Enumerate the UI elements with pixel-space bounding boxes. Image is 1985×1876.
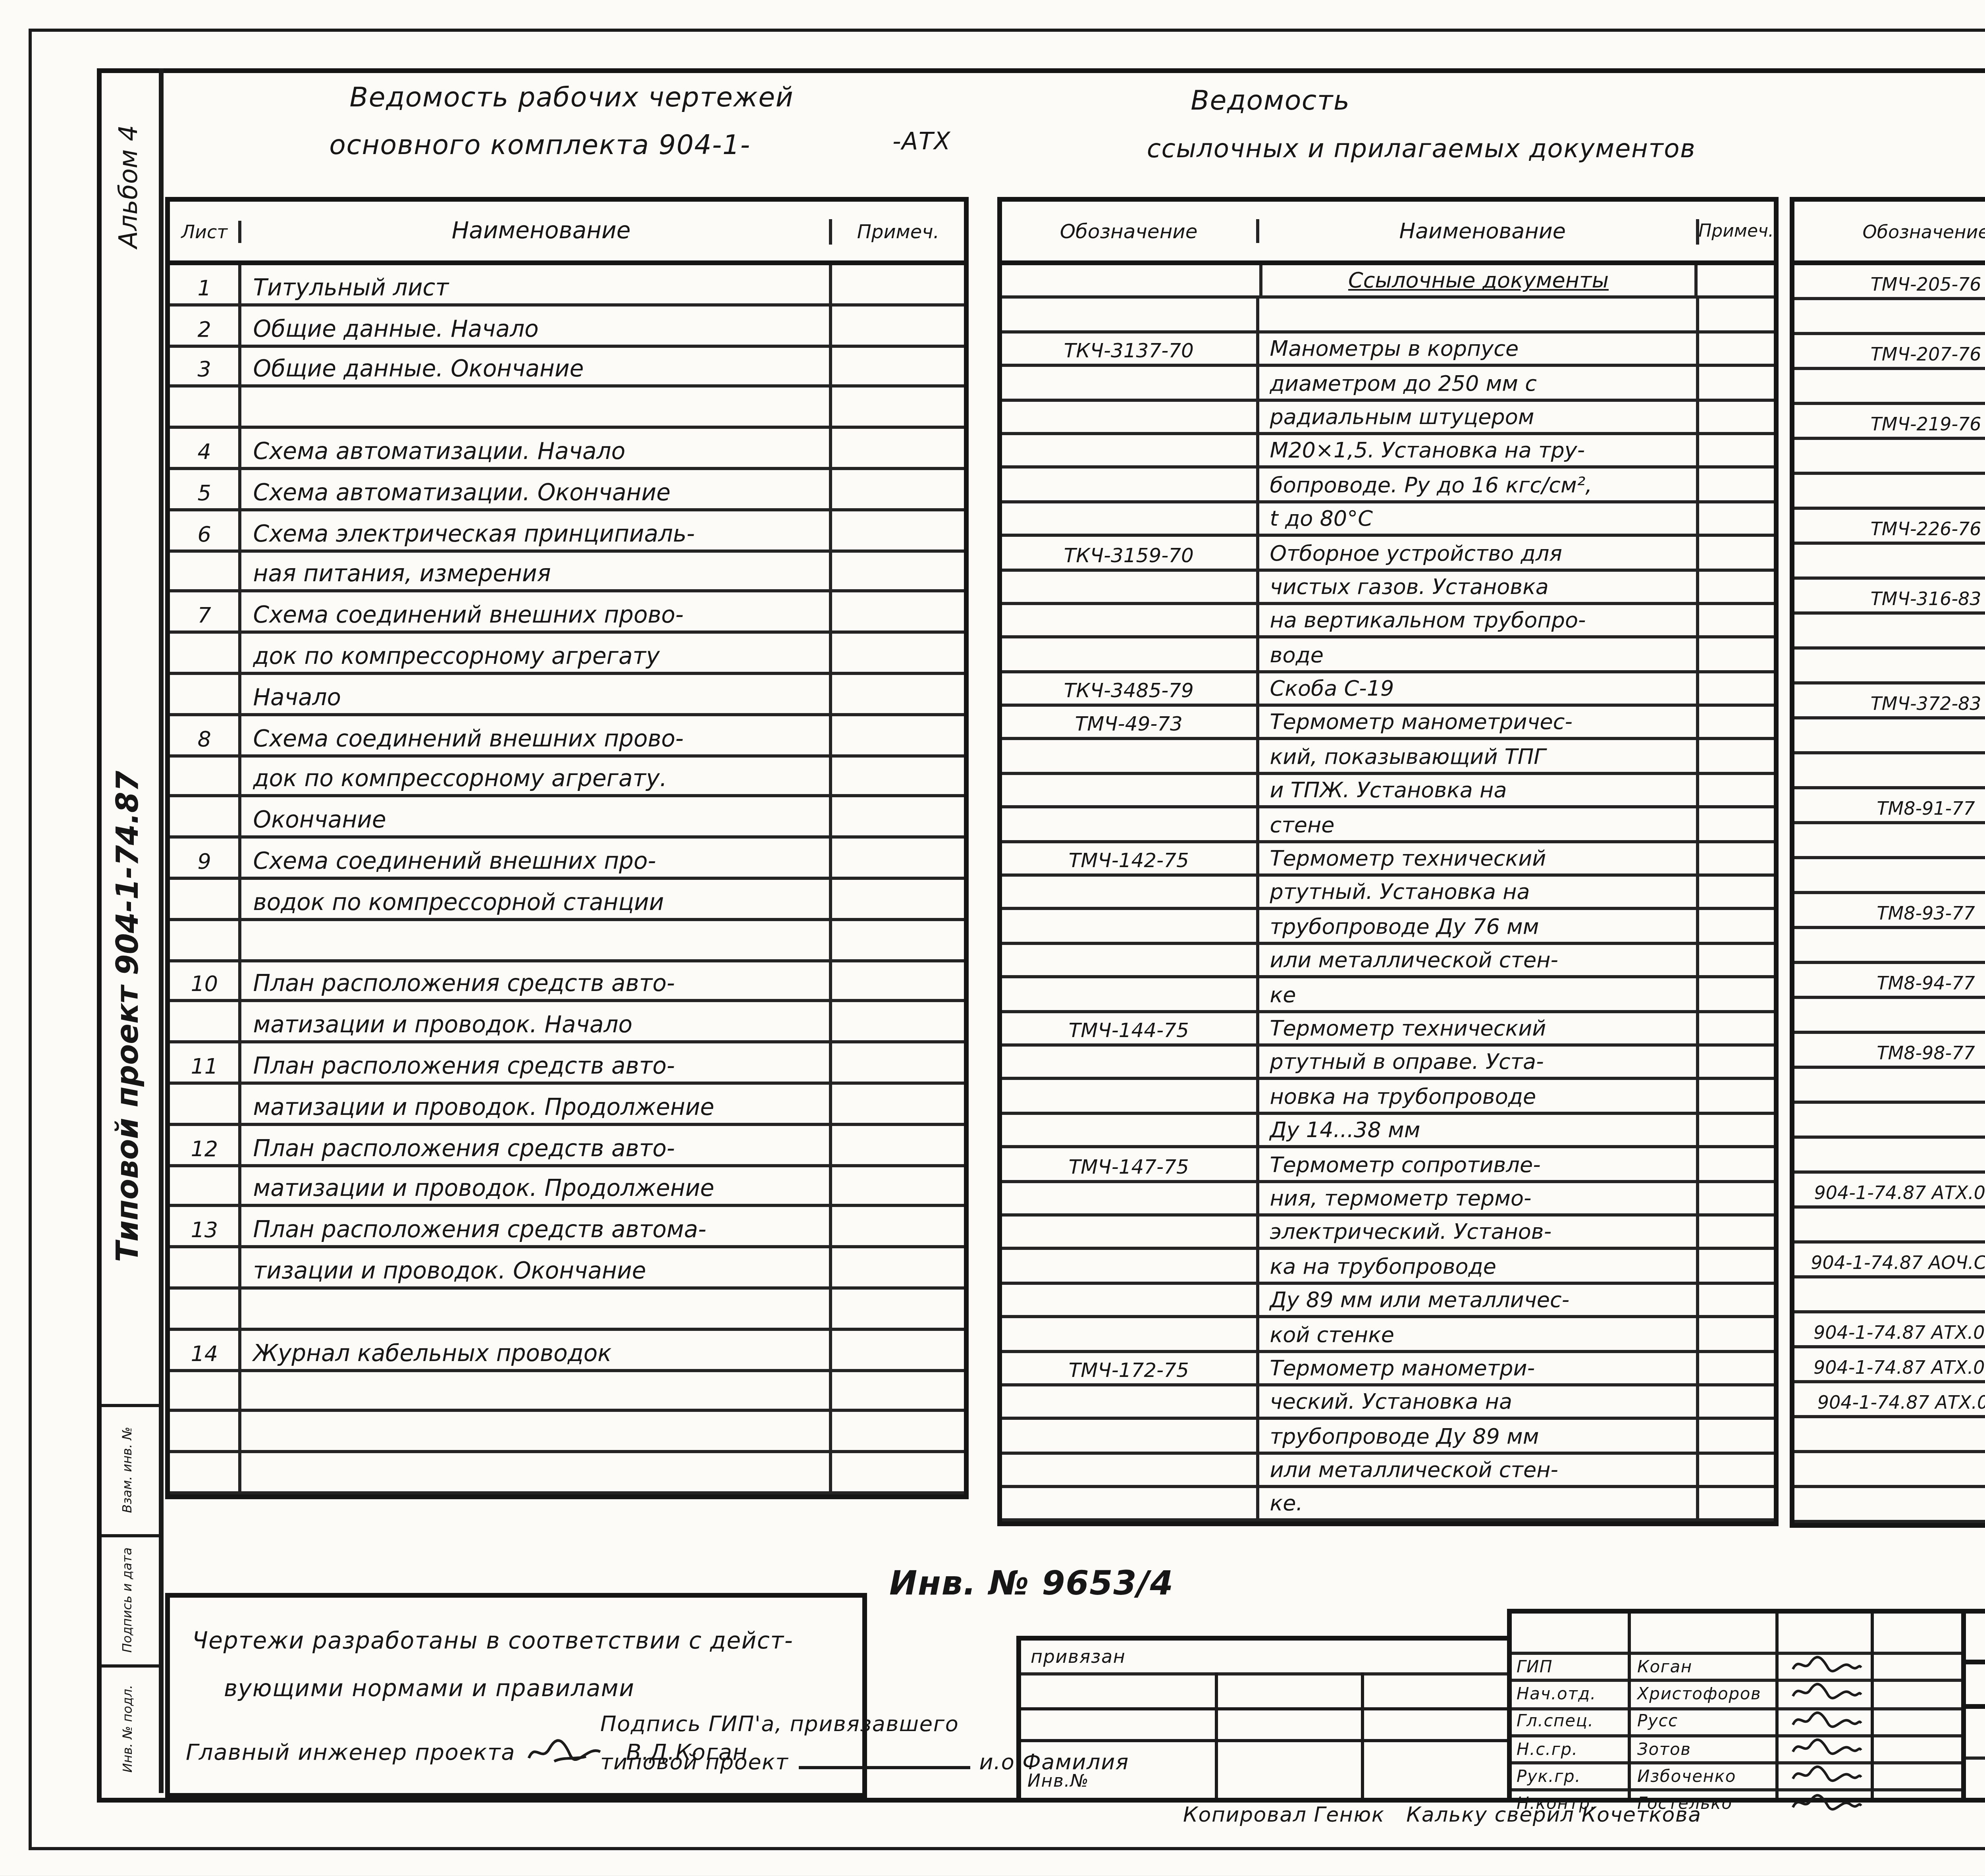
table-cell: 6 <box>170 511 242 549</box>
table-cell <box>170 388 242 426</box>
table-cell: ная питания, измерения <box>242 552 833 590</box>
sheet-name-cell: Общие данные Начало <box>1966 1756 1985 1798</box>
table-cell: кой стенке <box>1259 1318 1699 1349</box>
table-row: 10План расположения средств авто- <box>170 962 964 1003</box>
table-cell: Схема автоматизации. Начало <box>242 429 833 467</box>
table-cell <box>1002 503 1259 534</box>
table-cell <box>833 675 964 713</box>
table-cell <box>1002 1420 1259 1451</box>
table-cell <box>1699 775 1774 806</box>
table-cell <box>1002 979 1259 1010</box>
table-row: ТМЧ-205-76Лоток ЛП. Установка <box>1794 265 1985 300</box>
table-row: 9Схема соединений внешних про- <box>170 839 964 880</box>
table-cell: ртутный. Установка на <box>1259 877 1699 908</box>
column-header: Примеч. <box>833 220 964 242</box>
table-row: ТМЧ-207-76Лоток ЛП. Установка на <box>1794 335 1985 370</box>
table-row: ТМЧ-219-76Крепление труб, прово- <box>1794 405 1985 440</box>
table-cell <box>1794 615 1985 646</box>
project-label: Типовой проект 904-1-74.87 <box>97 603 159 1429</box>
table-cell <box>833 716 964 754</box>
binding-stamp-inv-label: Инв.№ <box>1027 1771 1089 1791</box>
signature-icon <box>1790 1763 1863 1785</box>
signature-icon <box>1790 1736 1863 1758</box>
table-row: дов, кабелей. Установка <box>1794 440 1985 475</box>
table-row: или металлической стен- <box>1002 1454 1774 1488</box>
table-cell: матизации и проводок. Продолжение <box>242 1166 833 1204</box>
table-row: ртутный. Установка на <box>1002 877 1774 911</box>
personnel-cell: Коган <box>1632 1658 1785 1677</box>
table-cell <box>833 1126 964 1163</box>
working-list-title-1: Ведомость рабочих чертежей <box>270 83 873 114</box>
table-cell: 10 <box>170 962 242 999</box>
table-row: 7Схема соединений внешних прово- <box>170 593 964 634</box>
table-cell <box>1002 1454 1259 1485</box>
table-cell: 4 <box>170 429 242 467</box>
table-cell: Ду 89 мм или металличес- <box>1259 1284 1699 1315</box>
signature-icon <box>1790 1791 1863 1813</box>
binding-stamp-header: привязан <box>1021 1641 1507 1675</box>
table-cell: кий, показывающий ТПГ <box>1259 741 1699 772</box>
table-cell <box>833 347 964 385</box>
inventory-number: Инв. № 9653/4 <box>889 1564 1174 1602</box>
table-row: электрический. Установ- <box>1002 1217 1774 1251</box>
table-cell: ТМЧ-144-75 <box>1002 1012 1259 1043</box>
personnel-row: ГИПКоган <box>1512 1652 1961 1679</box>
table-row: патрубком в стене <box>1794 1069 1985 1104</box>
personnel-cell: Гл.спец. <box>1512 1712 1632 1731</box>
table-cell <box>242 1290 833 1327</box>
table-cell <box>1794 440 1985 472</box>
table-cell: Манометры в корпусе <box>1259 333 1699 364</box>
table-cell <box>833 470 964 508</box>
table-cell: ТМЧ-205-76 <box>1794 265 1985 297</box>
column-header: Лист <box>170 220 242 242</box>
table-cell: ТМЧ-219-76 <box>1794 405 1985 437</box>
table-cell <box>242 1371 833 1409</box>
table-row: трубопроводе Ду 89 мм <box>1002 1420 1774 1454</box>
table-cell: диаметром до 250 мм с <box>1259 367 1699 398</box>
table-cell <box>1699 469 1774 500</box>
table-cell <box>1794 370 1985 402</box>
personnel-cell <box>1785 1708 1885 1735</box>
table-cell: 11 <box>170 1044 242 1082</box>
table-cell <box>1002 571 1259 602</box>
table-row: перекрытии <box>1794 370 1985 405</box>
table-cell: 8 <box>170 716 242 754</box>
personnel-row: Рук.гр.Избоченко <box>1512 1762 1961 1789</box>
table-cell <box>833 1166 964 1204</box>
table-cell: матизации и проводок. Начало <box>242 1003 833 1040</box>
table-row: ТМЧ-147-75Термометр сопротивле- <box>1002 1149 1774 1183</box>
personnel-cell: Избоченко <box>1632 1767 1785 1786</box>
table-row: ТМ8-98-77Проход уплотненный с <box>1794 1034 1985 1069</box>
table-cell <box>1794 1209 1985 1240</box>
table-cell: Термометр технический <box>1259 843 1699 874</box>
table-row: 8Схема соединений внешних прово- <box>170 716 964 757</box>
working-list-title-2: основного комплекта 904-1- <box>238 130 842 162</box>
table-cell: ке <box>1259 979 1699 1010</box>
table-cell <box>833 921 964 958</box>
table-row: ный ТНЖ-Н. Установка <box>1794 615 1985 650</box>
table-cell <box>1699 809 1774 840</box>
table-cell <box>1699 979 1774 1010</box>
table-cell <box>833 265 964 303</box>
table-cell: ТКЧ-3159-70 <box>1002 537 1259 568</box>
table-row: ТМЧ-316-83Тягонапоромер жидкост- <box>1794 580 1985 615</box>
margin-cell-vzam: Взам. инв. № <box>97 1407 159 1531</box>
table-row: ТКЧ-3159-70Отборное устройство для <box>1002 537 1774 571</box>
table-row: 12План расположения средств авто- <box>170 1126 964 1166</box>
table-row <box>170 921 964 962</box>
object-name: Компрессорная станция 5К-12А <box>1966 1664 1985 1709</box>
table-cell <box>1698 265 1774 296</box>
notes-line-2: вующими нормами и правилами <box>224 1677 635 1702</box>
table-row: мещении оператора <box>1794 1209 1985 1244</box>
table-row: лю щитов <box>1794 1278 1985 1313</box>
column-header: Наименование <box>1258 218 1698 244</box>
table-cell <box>1699 401 1774 432</box>
table-cell: ТМЧ-316-83 <box>1794 580 1985 611</box>
table-row: ТМЧ-144-75Термометр технический <box>1002 1012 1774 1047</box>
table-cell: 2 <box>170 306 242 344</box>
table-cell: Общие данные. Окончание <box>242 347 833 385</box>
table-row: и ТПЖ. Установка на <box>1002 775 1774 809</box>
table-cell: Схема автоматизации. Окончание <box>242 470 833 508</box>
table-cell: новка на трубопроводе <box>1259 1081 1699 1112</box>
table-row: ТКЧ-3137-70Манометры в корпусе <box>1002 333 1774 367</box>
table-cell: ке. <box>1259 1488 1699 1519</box>
table-row: ния, термометр термо- <box>1002 1182 1774 1217</box>
signature-icon <box>1790 1708 1863 1731</box>
table-row: 904-1-74.87 АТХ.01.000Установка щитов в … <box>1794 1174 1985 1209</box>
table-row: новка на трубопроводе <box>1002 1081 1774 1115</box>
table-row: ТМЧ-372-83Дифманометр сильфон- <box>1794 684 1985 719</box>
table-row: док по компрессорному агрегату <box>170 634 964 675</box>
table-row: стене <box>1002 809 1774 843</box>
table-cell <box>1794 824 1985 856</box>
table-row: Ду 14...38 мм <box>1002 1114 1774 1149</box>
table-cell <box>833 306 964 344</box>
table-row: щиной более 150 мм <box>1794 859 1985 894</box>
table-cell: План расположения средств авто- <box>242 1126 833 1163</box>
table-cell: Схема соединений внешних прово- <box>242 716 833 754</box>
table-cell <box>1002 1081 1259 1112</box>
table-cell <box>170 880 242 918</box>
table-cell: Ссылочные документы <box>1262 265 1698 296</box>
title-block: ГИПКоган Нач.отд.Христофоров Гл.спец.Рус… <box>1507 1609 1985 1803</box>
table-cell: электрический. Установ- <box>1259 1217 1699 1247</box>
table-cell <box>1794 754 1985 786</box>
personnel-cell <box>1785 1791 1885 1818</box>
table-cell: или металлической стен- <box>1259 945 1699 976</box>
table-cell <box>1699 537 1774 568</box>
table-cell: Скоба С-19 <box>1259 673 1699 704</box>
table-cell: Схема соединений внешних про- <box>242 839 833 877</box>
table-cell <box>170 1412 242 1450</box>
table-cell <box>1699 1081 1774 1112</box>
table-row: ный ДСП, ДСС. Установ- <box>1794 719 1985 754</box>
table-cell <box>1699 945 1774 976</box>
table-cell <box>1699 1149 1774 1180</box>
doc-code-row: ТП 904-1-74.87 -АТХ <box>1966 1614 1985 1664</box>
table-cell: Термометр манометри- <box>1259 1352 1699 1383</box>
table-cell: 14 <box>170 1330 242 1368</box>
table-cell: Схема электрическая принципиаль- <box>242 511 833 549</box>
table-cell <box>170 1166 242 1204</box>
table-cell <box>1699 299 1774 330</box>
table-cell <box>1699 639 1774 670</box>
table-cell <box>1699 1386 1774 1417</box>
table-row <box>1794 1453 1985 1488</box>
table-row: t до 80°С <box>1002 503 1774 537</box>
table-cell <box>833 1412 964 1450</box>
table-cell <box>1699 1114 1774 1145</box>
table-cell <box>833 798 964 835</box>
table-cell <box>833 962 964 999</box>
table-row: на стене <box>1794 300 1985 335</box>
table-cell: 12 <box>170 1126 242 1163</box>
table-row: 14Журнал кабельных проводок <box>170 1330 964 1371</box>
table-cell: 9 <box>170 839 242 877</box>
table-cell: 1 <box>170 265 242 303</box>
table-row: ТКЧ-3485-79Скоба С-19 <box>1002 673 1774 707</box>
table-cell <box>170 1085 242 1122</box>
table-cell <box>1259 299 1699 330</box>
table-cell: водок по компрессорной станции <box>242 880 833 918</box>
personnel-cell: Русс <box>1632 1712 1785 1731</box>
table-row: Прилагаемые документы <box>1794 1139 1985 1174</box>
table-cell: План расположения средств автома- <box>242 1207 833 1245</box>
column-header: Примеч. <box>1698 221 1774 241</box>
personnel-cell: Рук.гр. <box>1512 1767 1632 1786</box>
table-cell <box>833 757 964 794</box>
table-cell: ния, термометр термо- <box>1259 1182 1699 1213</box>
table-cell: 3 <box>170 347 242 385</box>
table-row: радиальным штуцером <box>1002 401 1774 435</box>
table-row: трубопроводе Ду 76 мм <box>1002 911 1774 945</box>
drawing-sheet: 2 Альбом 4 Типовой проект 904-1-74.87 Вз… <box>0 0 1985 1876</box>
table-cell <box>1002 265 1262 296</box>
table-cell: бопроводе. Ру до 16 кгс/см², <box>1259 469 1699 500</box>
table-cell: ТМЧ-207-76 <box>1794 335 1985 367</box>
object-short-cell: Компрессорная станция <box>1966 1709 1985 1760</box>
signature-line <box>798 1760 969 1769</box>
table-cell <box>1699 1352 1774 1383</box>
table-cell: Термометр технический <box>1259 1012 1699 1043</box>
table-cell: ТМЧ-49-73 <box>1002 707 1259 738</box>
column-header: Наименование <box>242 218 833 244</box>
table-row <box>170 1290 964 1330</box>
table-cell <box>1699 707 1774 738</box>
table-cell <box>1002 469 1259 500</box>
table-cell <box>833 1371 964 1409</box>
table-row: М20×1,5. Установка на тру- <box>1002 435 1774 469</box>
table-row <box>1794 1488 1985 1523</box>
signature-icon <box>523 1737 606 1766</box>
personnel-row: Нач.отд.Христофоров <box>1512 1679 1961 1706</box>
table-cell <box>1002 367 1259 398</box>
table-row: матизации и проводок. Продолжение <box>170 1166 964 1207</box>
table-row: воде <box>1002 639 1774 673</box>
table-cell <box>1699 605 1774 636</box>
margin-cell-podpis: Подпись и дата <box>97 1537 159 1661</box>
table-row: матизации и проводок. Продолжение <box>170 1085 964 1126</box>
table-cell: ТМ8-91-77 <box>1794 789 1985 821</box>
table-cell: стене <box>1259 809 1699 840</box>
table-row <box>1794 1104 1985 1139</box>
table-cell: 5 <box>170 470 242 508</box>
table-cell <box>1794 475 1985 507</box>
table-row: ртутный в оправе. Уста- <box>1002 1047 1774 1081</box>
table-cell <box>1699 1182 1774 1213</box>
personnel-cell <box>1785 1736 1885 1763</box>
table-cell <box>1002 639 1259 670</box>
table-cell <box>242 921 833 958</box>
table-cell <box>833 1003 964 1040</box>
column-header: Обозначение <box>1794 220 1985 242</box>
table-cell: на вертикальном трубопро- <box>1259 605 1699 636</box>
table-cell <box>1794 1488 1985 1520</box>
working-drawings-table: ЛистНаименованиеПримеч.1Титульный лист2О… <box>165 197 969 1499</box>
table-cell <box>833 388 964 426</box>
table-cell <box>1699 1420 1774 1451</box>
attached-documents-table: ОбозначениеНаименованияПримеч.ТМЧ-205-76… <box>1790 197 1985 1528</box>
table-cell <box>1699 367 1774 398</box>
table-cell <box>1794 650 1985 681</box>
table-cell: тизации и проводок. Окончание <box>242 1249 833 1286</box>
table-cell: ТМ8-94-77 <box>1794 964 1985 996</box>
table-row: Начало <box>170 675 964 716</box>
table-header-row: ЛистНаименованиеПримеч. <box>170 202 964 265</box>
table-row: чистых газов. Установка <box>1002 571 1774 605</box>
table-row: кий, показывающий ТПГ <box>1002 741 1774 775</box>
table-cell: План расположения средств авто- <box>242 962 833 999</box>
working-list-title-suffix: -АТХ <box>892 127 951 156</box>
column-header: Обозначение <box>1002 219 1258 243</box>
table-cell <box>833 880 964 918</box>
table-cell <box>833 1453 964 1491</box>
table-cell <box>170 675 242 713</box>
table-cell <box>1002 1386 1259 1417</box>
table-cell: 904-1-74.87 АТХ.00.С01 <box>1794 1313 1985 1345</box>
table-cell: М20×1,5. Установка на тру- <box>1259 435 1699 466</box>
table-cell <box>1699 911 1774 942</box>
personnel-cell <box>1785 1681 1885 1708</box>
table-cell: Термометр сопротивле- <box>1259 1149 1699 1180</box>
table-cell: ТКЧ-3485-79 <box>1002 673 1259 704</box>
table-cell <box>170 552 242 590</box>
margin-cell-inv: Инв. № подл. <box>97 1668 159 1790</box>
table-row: 904-1-74.87 АТХ.00.С02Спецификация щитов… <box>1794 1348 1985 1383</box>
table-cell <box>1699 1488 1774 1519</box>
table-row: бопроводе. Ру до 16 кгс/см², <box>1002 469 1774 503</box>
table-cell <box>1002 809 1259 840</box>
table-cell <box>242 1412 833 1450</box>
table-cell <box>1002 435 1259 466</box>
table-cell: трубопроводе Ду 76 мм <box>1259 911 1699 942</box>
table-cell <box>1794 300 1985 332</box>
table-row: ТМЧ-172-75Термометр манометри- <box>1002 1352 1774 1386</box>
table-cell: ческий. Установка на <box>1259 1386 1699 1417</box>
table-cell: док по компрессорному агрегату <box>242 634 833 672</box>
table-row: на стене <box>1794 650 1985 684</box>
table-cell <box>1699 503 1774 534</box>
table-cell <box>1794 545 1985 576</box>
margin-cell-divider <box>102 1534 159 1537</box>
table-cell <box>1002 401 1259 432</box>
table-cell <box>1002 1488 1259 1519</box>
table-cell: радиальным штуцером <box>1259 401 1699 432</box>
table-row: Ду 89 мм или металличес- <box>1002 1284 1774 1319</box>
table-cell <box>1002 775 1259 806</box>
table-cell <box>1699 1454 1774 1485</box>
table-row: ТМ8-91-77Проход открытый уплот- <box>1794 789 1985 824</box>
ref-list-title-2: ссылочных и прилагаемых документов <box>1048 133 1794 164</box>
table-cell <box>833 1085 964 1122</box>
table-row: ка на полу или стене <box>1794 754 1985 789</box>
table-cell: t до 80°С <box>1259 503 1699 534</box>
table-cell <box>1699 843 1774 874</box>
table-cell <box>833 511 964 549</box>
table-cell <box>1699 1047 1774 1078</box>
table-cell <box>1794 999 1985 1031</box>
table-cell <box>1794 1278 1985 1310</box>
table-row: 904-1-74.87 АТХ.00.ВМВедомость потребнос… <box>1794 1383 1985 1418</box>
table-row: матизации и проводок. Начало <box>170 1003 964 1043</box>
table-cell: 904-1-74.87 АТХ.00.ВМ <box>1794 1383 1985 1415</box>
table-cell: Общие данные. Начало <box>242 306 833 344</box>
table-cell: матизации и проводок. Продолжение <box>242 1085 833 1122</box>
table-cell <box>170 1290 242 1327</box>
table-cell: ТМ8-93-77 <box>1794 894 1985 926</box>
table-cell: док по компрессорному агрегату. <box>242 757 833 794</box>
table-header-row: ОбозначениеНаименованияПримеч. <box>1794 202 1985 265</box>
table-row: в материалахальбом 10 <box>1794 1418 1985 1453</box>
table-header-row: ОбозначениеНаименованиеПримеч. <box>1002 202 1774 265</box>
personnel-cell <box>1785 1654 1885 1681</box>
table-row: ческий. Установка на <box>1002 1386 1774 1421</box>
table-cell <box>1794 1139 1985 1170</box>
table-cell: ТМ8-98-77 <box>1794 1034 1985 1066</box>
table-cell: Титульный лист <box>242 265 833 303</box>
table-cell: ТКЧ-3137-70 <box>1002 333 1259 364</box>
table-row: док по компрессорному агрегату. <box>170 757 964 798</box>
personnel-cell: Нач.отд. <box>1512 1685 1632 1704</box>
table-cell <box>1699 673 1774 704</box>
margin-cell-divider <box>102 1404 159 1407</box>
table-cell: ТМЧ-147-75 <box>1002 1149 1259 1180</box>
notes-line-1: Чертежи разработаны в соответствии с дей… <box>192 1629 793 1655</box>
table-cell <box>1002 741 1259 772</box>
personnel-cell <box>1785 1763 1885 1790</box>
table-cell: чистых газов. Установка <box>1259 571 1699 602</box>
table-cell: ТМЧ-142-75 <box>1002 843 1259 874</box>
table-row: ТМЧ-226-76Отборное устройство <box>1794 510 1985 545</box>
table-row: ка на трубопроводе <box>1002 1250 1774 1284</box>
table-cell <box>1699 1012 1774 1043</box>
table-row: 904-1-74.87 АТХ.00.С01Спецификация обору… <box>1794 1313 1985 1348</box>
table-cell <box>1794 929 1985 961</box>
table-cell <box>242 1453 833 1491</box>
table-row <box>170 1453 964 1494</box>
margin-divider <box>159 68 164 1793</box>
table-row: ТМЧ-49-73Термометр манометричес- <box>1002 707 1774 741</box>
table-cell <box>833 1249 964 1286</box>
table-row: 11План расположения средств авто- <box>170 1044 964 1085</box>
table-row: Окончание <box>170 798 964 839</box>
table-row: на стене <box>1794 475 1985 510</box>
table-cell <box>1699 1284 1774 1315</box>
